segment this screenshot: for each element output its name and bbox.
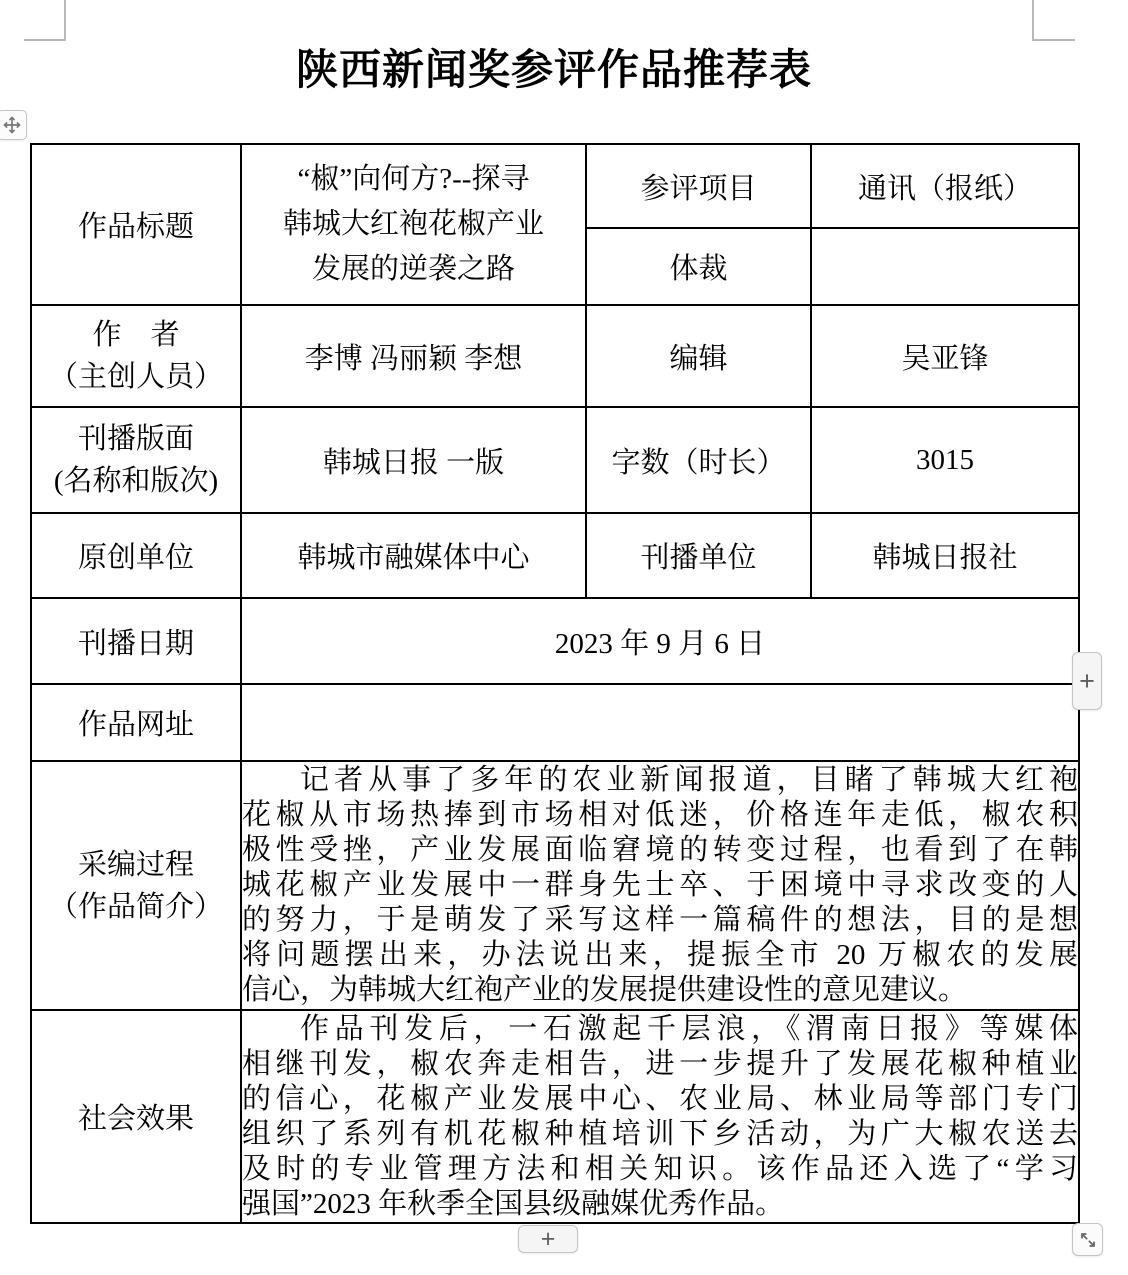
editor-label-cell[interactable]: 编辑: [586, 305, 811, 407]
table-row: 刊播日期 2023 年 9 月 6 日: [31, 598, 1079, 684]
work-title-label-cell[interactable]: 作品标题: [31, 144, 241, 305]
plus-icon: +: [1079, 666, 1095, 697]
layout-value-cell[interactable]: 韩城日报 一版: [241, 407, 586, 513]
diagonal-resize-icon: [1077, 1229, 1099, 1251]
publish-date-value-cell[interactable]: 2023 年 9 月 6 日: [241, 598, 1079, 684]
table-row: 社会效果 作品刊发后，一石激起千层浪，《渭南日报》等媒体 相继刊发，椒农奔走相告…: [31, 1010, 1079, 1223]
social-effect-paragraph-line: 强国”2023 年秋季全国县级融媒优秀作品。: [242, 1187, 1078, 1222]
table-resize-handle[interactable]: [1072, 1223, 1103, 1256]
work-title-line: 发展的逆袭之路: [242, 247, 585, 292]
origin-unit-value-cell[interactable]: 韩城市融媒体中心: [241, 513, 586, 598]
process-paragraph-line: 信心，为韩城大红袍产业的发展提供建设性的意见建议。: [242, 973, 1078, 1008]
process-paragraph-cell[interactable]: 记者从事了多年的农业新闻报道，目睹了韩城大红袍 花椒从市场热捧到市场相对低迷，价…: [241, 761, 1079, 1010]
author-value-cell[interactable]: 李博 冯丽颖 李想: [241, 305, 586, 407]
process-paragraph-line: 极性受挫，产业发展面临窘境的转变过程，也看到了在韩: [242, 833, 1078, 868]
layout-label-line: 刊播版面: [32, 418, 240, 460]
author-label-line: 作 者: [32, 314, 240, 356]
social-effect-paragraph-line: 及时的专业管理方法和相关知识。该作品还入选了“学习: [242, 1152, 1078, 1187]
table-move-handle[interactable]: [0, 110, 27, 140]
work-url-value-cell[interactable]: [241, 684, 1079, 761]
genre-label: 体裁: [669, 253, 727, 285]
work-title-line: 韩城大红袍花椒产业: [242, 202, 585, 247]
publish-unit-value: 韩城日报社: [872, 542, 1017, 574]
social-effect-paragraph-line: 组织了系列有机花椒种植培训下乡活动，为广大椒农送去: [242, 1117, 1078, 1152]
social-effect-label-cell[interactable]: 社会效果: [31, 1010, 241, 1223]
layout-label-line: (名称和版次): [32, 460, 240, 502]
entry-category-value-cell[interactable]: 通讯（报纸）: [811, 144, 1079, 228]
author-label-line: （主创人员）: [32, 356, 240, 398]
process-paragraph-line: 的努力，于是萌发了采写这样一篇稿件的想法，目的是想: [242, 903, 1078, 938]
table-row: 刊播版面 (名称和版次) 韩城日报 一版 字数（时长） 3015: [31, 407, 1079, 513]
layout-value: 韩城日报 一版: [323, 447, 504, 479]
page-margin-mark-top-left: [24, 39, 66, 41]
table-row: 作品网址: [31, 684, 1079, 761]
work-url-label-cell[interactable]: 作品网址: [31, 684, 241, 761]
page-margin-mark-top-left: [64, 0, 66, 39]
process-label-cell[interactable]: 采编过程 （作品简介）: [31, 761, 241, 1010]
word-count-value-cell[interactable]: 3015: [811, 407, 1079, 513]
page-margin-mark-top-right: [1032, 39, 1075, 41]
table-row: 作 者 （主创人员） 李博 冯丽颖 李想 编辑 吴亚锋: [31, 305, 1079, 407]
publish-date-label: 刊播日期: [78, 628, 194, 660]
entry-category-value: 通讯（报纸）: [858, 173, 1032, 205]
word-count-value: 3015: [916, 444, 974, 476]
page-margin-mark-top-right: [1032, 0, 1034, 39]
move-icon: [2, 115, 22, 135]
editor-value: 吴亚锋: [901, 343, 988, 375]
publish-unit-label-cell[interactable]: 刊播单位: [586, 513, 811, 598]
genre-value-cell[interactable]: [811, 228, 1079, 305]
social-effect-paragraph-line: 相继刊发，椒农奔走相告，进一步提升了发展花椒种植业: [242, 1047, 1078, 1082]
social-effect-paragraph-line: 作品刊发后，一石激起千层浪，《渭南日报》等媒体: [242, 1012, 1078, 1047]
process-paragraph-line: 记者从事了多年的农业新闻报道，目睹了韩城大红袍: [242, 763, 1078, 798]
process-label-line: （作品简介）: [32, 886, 240, 928]
author-value: 李博 冯丽颖 李想: [305, 343, 523, 375]
publish-date-label-cell[interactable]: 刊播日期: [31, 598, 241, 684]
process-label-line: 采编过程: [32, 844, 240, 886]
table-row: 采编过程 （作品简介） 记者从事了多年的农业新闻报道，目睹了韩城大红袍 花椒从市…: [31, 761, 1079, 1010]
origin-unit-label-cell[interactable]: 原创单位: [31, 513, 241, 598]
publish-unit-value-cell[interactable]: 韩城日报社: [811, 513, 1079, 598]
social-effect-paragraph-line: 的信心，花椒产业发展中心、农业局、林业局等部门专门: [242, 1082, 1078, 1117]
layout-label-cell[interactable]: 刊播版面 (名称和版次): [31, 407, 241, 513]
entry-category-label: 参评项目: [640, 173, 756, 205]
editor-value-cell[interactable]: 吴亚锋: [811, 305, 1079, 407]
add-column-button[interactable]: +: [1072, 652, 1102, 710]
publish-date-value: 2023 年 9 月 6 日: [555, 628, 765, 660]
process-paragraph-line: 城花椒产业发展中一群身先士卒、于困境中寻求改变的人: [242, 868, 1078, 903]
word-count-label: 字数（时长）: [611, 447, 785, 479]
social-effect-label: 社会效果: [78, 1103, 194, 1135]
author-label-cell[interactable]: 作 者 （主创人员）: [31, 305, 241, 407]
genre-label-cell[interactable]: 体裁: [586, 228, 811, 305]
process-paragraph-line: 花椒从市场热捧到市场相对低迷，价格连年走低，椒农积: [242, 798, 1078, 833]
recommendation-table: 作品标题 “椒”向何方?--探寻 韩城大红袍花椒产业 发展的逆袭之路 参评项目 …: [30, 143, 1080, 1224]
plus-icon: +: [541, 1225, 556, 1254]
document-page: 陕西新闻奖参评作品推荐表 作品标题 “椒”向何方?--探寻 韩城大红袍花椒产业: [0, 0, 1128, 1275]
work-title-label: 作品标题: [78, 211, 194, 243]
table-row: 作品标题 “椒”向何方?--探寻 韩城大红袍花椒产业 发展的逆袭之路 参评项目 …: [31, 144, 1079, 228]
entry-category-label-cell[interactable]: 参评项目: [586, 144, 811, 228]
work-url-label: 作品网址: [78, 709, 194, 741]
process-paragraph-line: 将问题摆出来，办法说出来，提振全市 20 万椒农的发展: [242, 938, 1078, 973]
origin-unit-label: 原创单位: [78, 542, 194, 574]
editor-label: 编辑: [669, 343, 727, 375]
publish-unit-label: 刊播单位: [640, 542, 756, 574]
table-row: 原创单位 韩城市融媒体中心 刊播单位 韩城日报社: [31, 513, 1079, 598]
social-effect-paragraph-cell[interactable]: 作品刊发后，一石激起千层浪，《渭南日报》等媒体 相继刊发，椒农奔走相告，进一步提…: [241, 1010, 1079, 1223]
origin-unit-value: 韩城市融媒体中心: [297, 542, 529, 574]
add-row-button[interactable]: +: [518, 1225, 578, 1253]
word-count-label-cell[interactable]: 字数（时长）: [586, 407, 811, 513]
work-title-value-cell[interactable]: “椒”向何方?--探寻 韩城大红袍花椒产业 发展的逆袭之路: [241, 144, 586, 305]
page-title: 陕西新闻奖参评作品推荐表: [30, 44, 1078, 96]
work-title-line: “椒”向何方?--探寻: [242, 157, 585, 202]
